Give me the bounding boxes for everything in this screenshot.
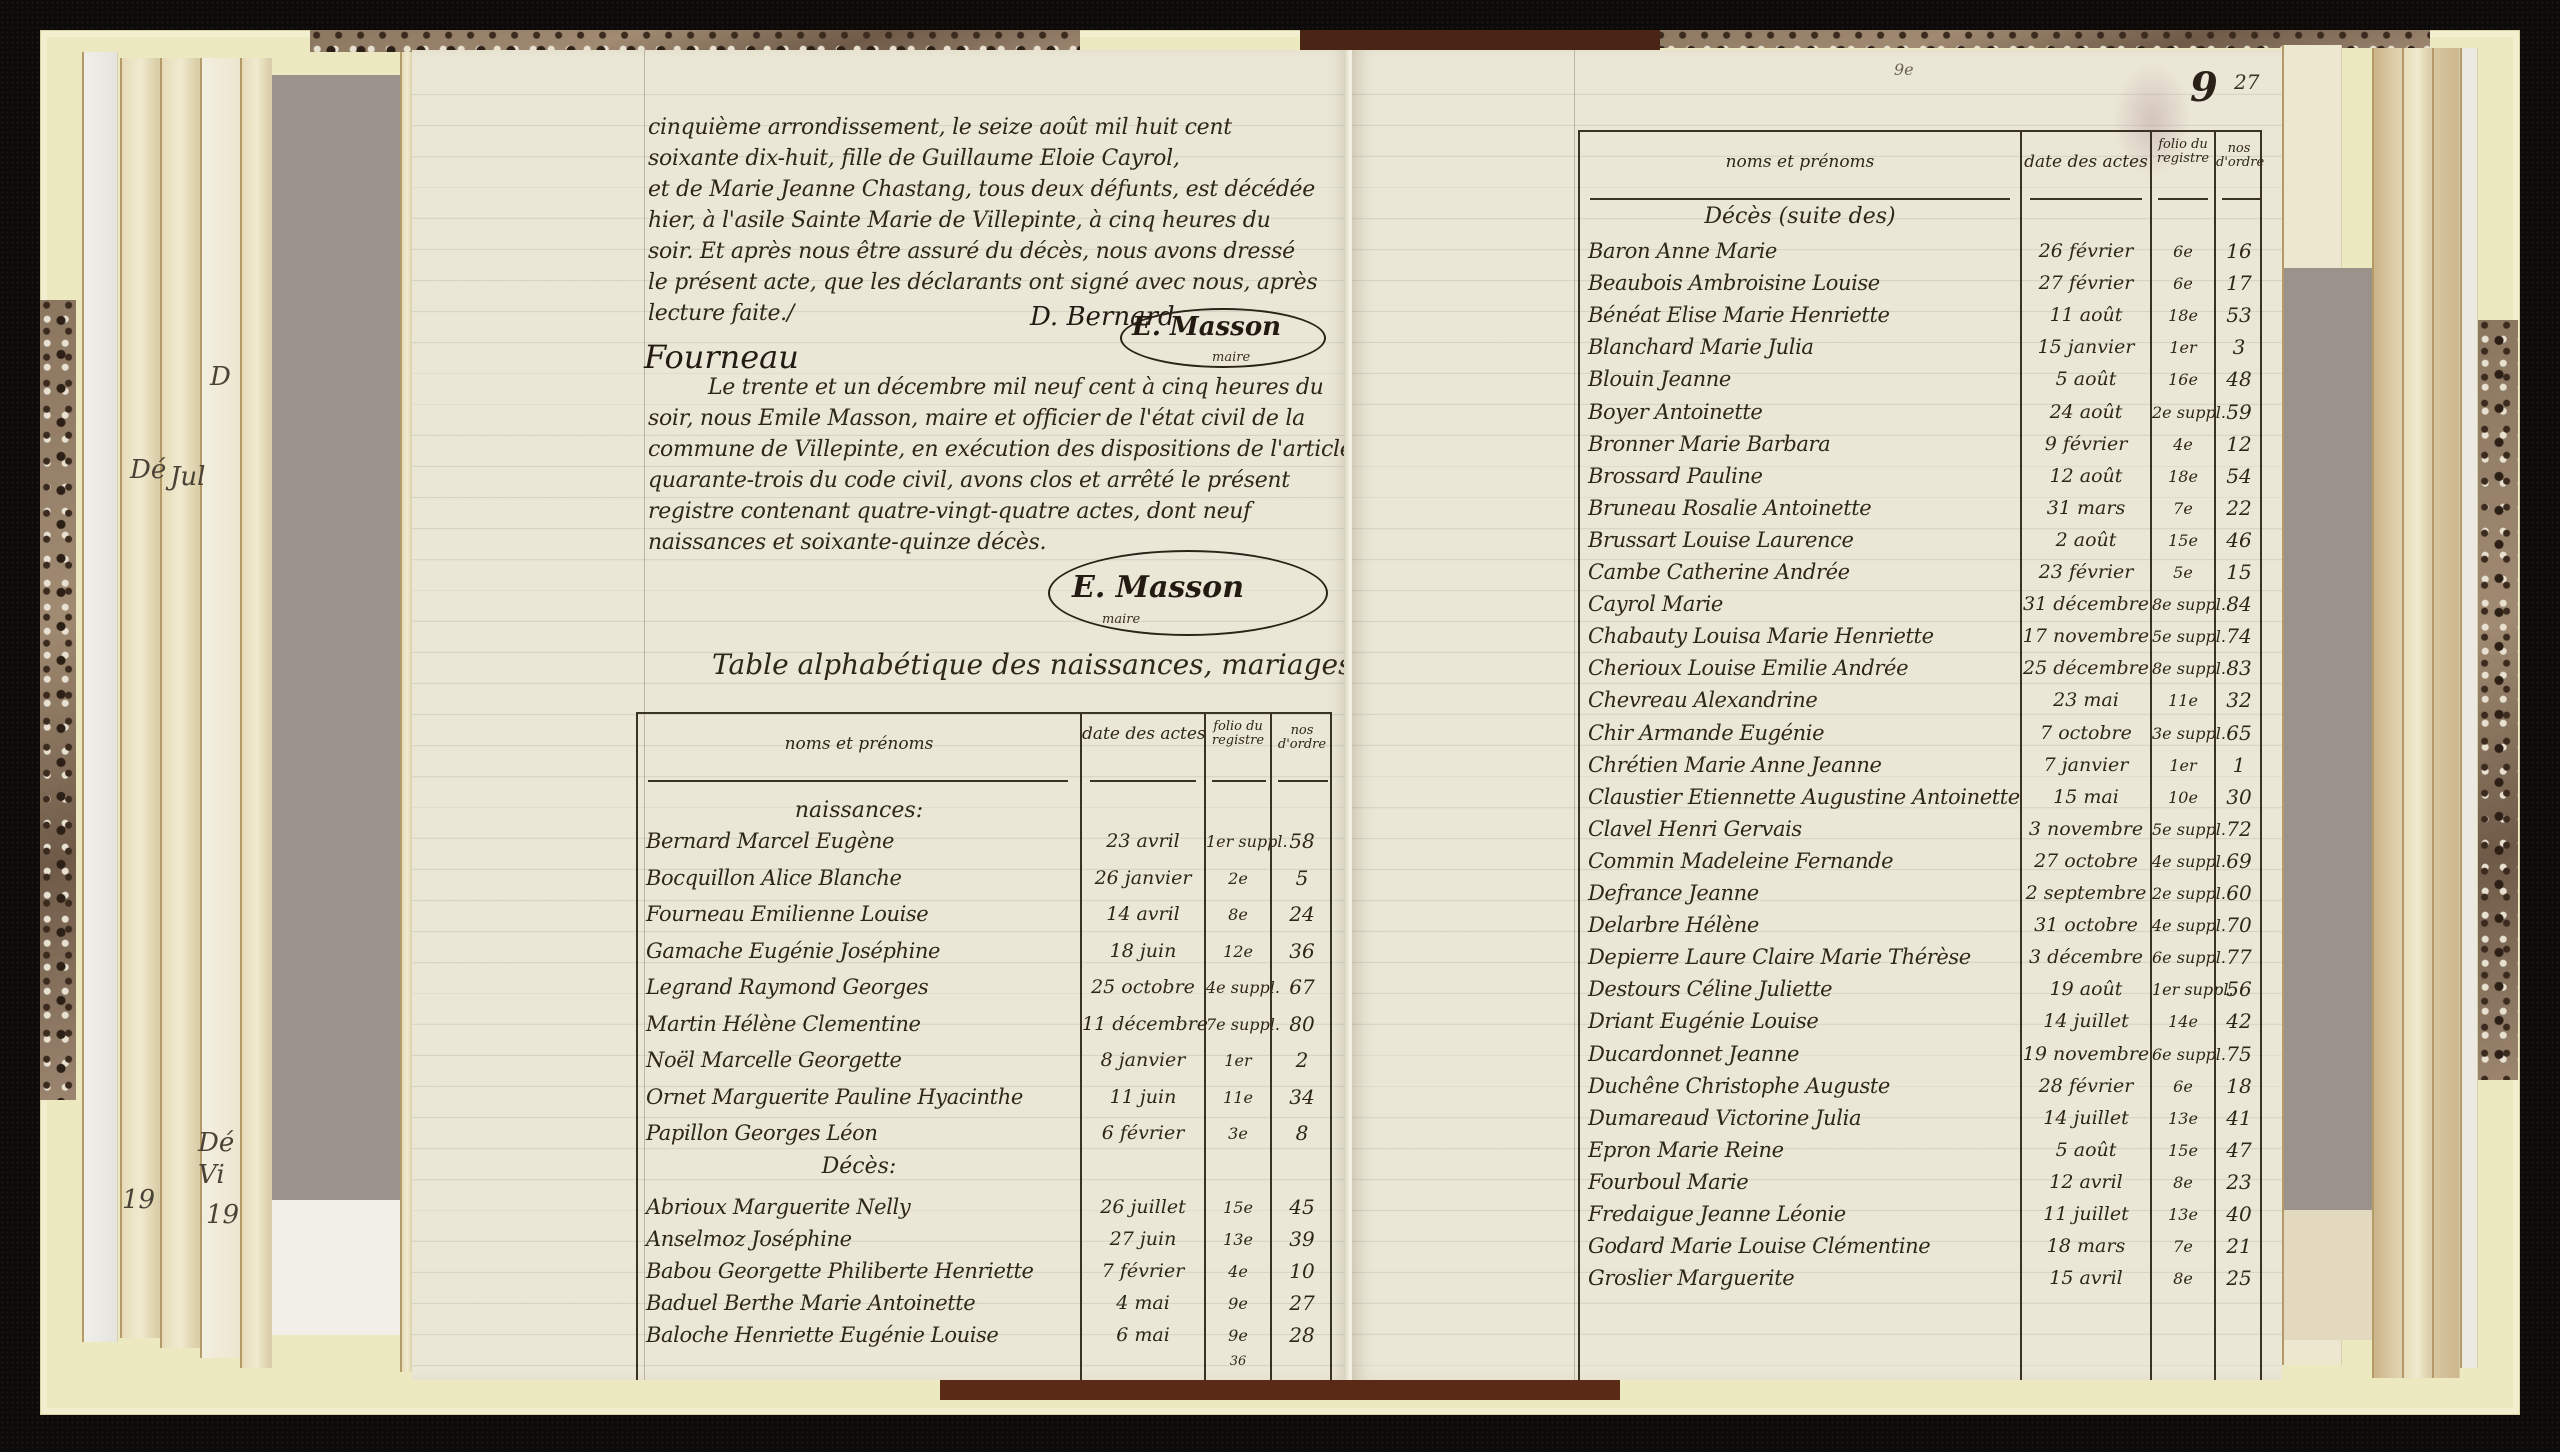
entry-date: 14 juillet <box>2022 1006 2150 1037</box>
entry-folio: 7e suppl. <box>1206 1009 1270 1040</box>
entry-folio: 18e <box>2152 300 2214 331</box>
folio-mark-secondary: 27 <box>2234 70 2259 94</box>
entry-date: 4 mai <box>1082 1288 1204 1319</box>
table-row: Babou Georgette Philiberte Henriette7 fé… <box>638 1256 1330 1287</box>
entry-order-number: 25 <box>2216 1263 2262 1294</box>
page-mark: 9e <box>1894 60 1914 79</box>
entry-name: Cherioux Louise Emilie Andrée <box>1588 653 1908 684</box>
entry-date: 18 mars <box>2022 1231 2150 1262</box>
entry-order-number: 53 <box>2216 300 2262 331</box>
entry-order-number: 72 <box>2216 814 2262 845</box>
table-row: Duchêne Christophe Auguste28 février6e18 <box>1580 1071 2260 1102</box>
entry-order-number: 65 <box>2216 718 2262 749</box>
entry-folio: 6e suppl. <box>2152 1039 2214 1070</box>
tab-label: Dé <box>130 455 166 485</box>
record-line: soixante dix-huit, fille de Guillaume El… <box>648 143 1338 174</box>
mayor-signature: E. Masson <box>1132 312 1281 342</box>
entry-name: Fourboul Marie <box>1588 1167 1748 1198</box>
entry-date: 28 février <box>2022 1071 2150 1102</box>
entry-name: Baron Anne Marie <box>1588 236 1777 267</box>
record-line: cinquième arrondissement, le seize août … <box>648 112 1338 143</box>
register-page-right: 9e 9 27 noms et prénoms date des actes f… <box>1352 50 2282 1380</box>
entry-order-number: 21 <box>2216 1231 2262 1262</box>
margin-rule <box>1574 50 1575 1380</box>
entry-folio: 8e suppl. <box>2152 589 2214 620</box>
entry-order-number: 60 <box>2216 878 2262 909</box>
table-row: Bruneau Rosalie Antoinette31 mars7e22 <box>1580 493 2260 524</box>
table-row: Chevreau Alexandrine23 mai11e32 <box>1580 685 2260 716</box>
entry-date: 19 novembre <box>2022 1039 2150 1070</box>
white-divider-card <box>2284 1210 2374 1340</box>
entry-order-number: 58 <box>1272 826 1332 857</box>
entry-date: 3 novembre <box>2022 814 2150 845</box>
entry-folio: 6e <box>2152 268 2214 299</box>
table-row: Chabauty Louisa Marie Henriette17 novemb… <box>1580 621 2260 652</box>
grey-divider-card <box>2284 268 2374 1213</box>
table-row: Chir Armande Eugénie7 octobre3e suppl.65 <box>1580 718 2260 749</box>
table-row: Cayrol Marie31 décembre8e suppl.84 <box>1580 589 2260 620</box>
entry-folio: 15e <box>2152 1135 2214 1166</box>
tab-label: 19 <box>122 1185 155 1215</box>
entry-folio: 11e <box>1206 1082 1270 1113</box>
entry-folio: 8e <box>2152 1167 2214 1198</box>
record-line: et de Marie Jeanne Chastang, tous deux d… <box>648 174 1338 205</box>
entry-name: Cayrol Marie <box>1588 589 1723 620</box>
header-order: nos d'ordre <box>2216 142 2262 170</box>
entry-date: 14 avril <box>1082 899 1204 930</box>
entry-folio: 4e suppl. <box>2152 910 2214 941</box>
stacked-page-edge <box>82 52 118 1342</box>
header-names: noms et prénoms <box>638 736 1080 753</box>
entry-date: 5 août <box>2022 364 2150 395</box>
entry-name: Brussart Louise Laurence <box>1588 525 1854 556</box>
header-rule <box>1090 780 1196 782</box>
entry-order-number: 24 <box>1272 899 1332 930</box>
table-row: Cherioux Louise Emilie Andrée25 décembre… <box>1580 653 2260 684</box>
entry-date: 25 octobre <box>1082 972 1204 1003</box>
entry-order-number: 67 <box>1272 972 1332 1003</box>
entry-name: Bruneau Rosalie Antoinette <box>1588 493 1871 524</box>
entry-order-number: 17 <box>2216 268 2262 299</box>
table-header: noms et prénoms date des actes folio du … <box>638 714 1330 780</box>
entry-date: 11 juillet <box>2022 1199 2150 1230</box>
table-row: Ornet Marguerite Pauline Hyacinthe11 jui… <box>638 1082 1330 1113</box>
record-line: hier, à l'asile Sainte Marie de Villepin… <box>648 205 1338 236</box>
entry-folio: 2e <box>1206 863 1270 894</box>
entry-folio: 4e suppl. <box>2152 846 2214 877</box>
table-row: Baloche Henriette Eugénie Louise6 mai9e2… <box>638 1320 1330 1351</box>
entry-order-number: 5 <box>1272 863 1332 894</box>
entry-folio: 1er <box>2152 332 2214 363</box>
entry-date: 9 février <box>2022 429 2150 460</box>
entry-folio: 14e <box>2152 1006 2214 1037</box>
entry-order-number: 28 <box>1272 1320 1332 1351</box>
table-row: Groslier Marguerite15 avril8e25 <box>1580 1263 2260 1294</box>
table-row: Bocquillon Alice Blanche26 janvier2e5 <box>638 863 1330 894</box>
entry-folio: 6e suppl. <box>2152 942 2214 973</box>
entry-order-number: 23 <box>2216 1167 2262 1198</box>
entry-order-number: 77 <box>2216 942 2262 973</box>
entry-name: Commin Madeleine Fernande <box>1588 846 1893 877</box>
table-row: Gamache Eugénie Joséphine18 juin12e36 <box>638 936 1330 967</box>
entry-name: Chrétien Marie Anne Jeanne <box>1588 750 1882 781</box>
entry-folio: 10e <box>2152 782 2214 813</box>
entry-folio: 2e suppl. <box>2152 878 2214 909</box>
white-divider-card <box>272 1200 400 1335</box>
entry-date: 31 octobre <box>2022 910 2150 941</box>
record-line: le présent acte, que les déclarants ont … <box>648 267 1338 298</box>
tab-label: Vi <box>198 1160 225 1190</box>
entry-date: 23 avril <box>1082 826 1204 857</box>
closing-line: soir, nous Emile Masson, maire et offici… <box>648 403 1338 434</box>
table-row: Depierre Laure Claire Marie Thérèse3 déc… <box>1580 942 2260 973</box>
entry-date: 5 août <box>2022 1135 2150 1166</box>
entry-folio: 3e suppl. <box>2152 718 2214 749</box>
table-row: Fredaigue Jeanne Léonie11 juillet13e40 <box>1580 1199 2260 1230</box>
entry-date: 24 août <box>2022 397 2150 428</box>
entry-name: Groslier Marguerite <box>1588 1263 1794 1294</box>
entry-date: 12 avril <box>2022 1167 2150 1198</box>
table-row: Bronner Marie Barbara9 février4e12 <box>1580 429 2260 460</box>
register-page-left: cinquième arrondissement, le seize août … <box>412 50 1350 1380</box>
entry-name: Chir Armande Eugénie <box>1588 718 1824 749</box>
entry-order-number: 32 <box>2216 685 2262 716</box>
closing-line: registre contenant quatre-vingt-quatre a… <box>648 496 1338 527</box>
entry-name: Ornet Marguerite Pauline Hyacinthe <box>646 1082 1023 1113</box>
marbled-cover-top <box>310 30 1080 52</box>
header-rule <box>2030 198 2142 200</box>
entry-order-number: 22 <box>2216 493 2262 524</box>
entry-order-number: 59 <box>2216 397 2262 428</box>
entry-folio: 15e <box>2152 525 2214 556</box>
entry-folio: 2e suppl. <box>2152 397 2214 428</box>
entry-date: 18 juin <box>1082 936 1204 967</box>
entry-name: Brossard Pauline <box>1588 461 1763 492</box>
entry-date: 25 décembre <box>2022 653 2150 684</box>
entry-folio: 13e <box>2152 1199 2214 1230</box>
entry-folio: 8e <box>1206 899 1270 930</box>
table-row: Papillon Georges Léon6 février3e8 <box>638 1118 1330 1149</box>
entry-date: 26 février <box>2022 236 2150 267</box>
entry-folio: 1er <box>2152 750 2214 781</box>
table-row: Bénéat Elise Marie Henriette11 août18e53 <box>1580 300 2260 331</box>
entry-order-number: 80 <box>1272 1009 1332 1040</box>
header-rule <box>1212 780 1266 782</box>
entry-order-number: 34 <box>1272 1082 1332 1113</box>
column-subtotal: 36 <box>1208 1354 1268 1369</box>
header-order: nos d'ordre <box>1272 724 1332 752</box>
entry-folio: 15e <box>1206 1192 1270 1223</box>
entry-name: Beaubois Ambroisine Louise <box>1588 268 1880 299</box>
tab-label: Jul <box>170 462 205 492</box>
entry-name: Boyer Antoinette <box>1588 397 1762 428</box>
entry-date: 2 août <box>2022 525 2150 556</box>
stacked-page-edge <box>2372 48 2402 1378</box>
entry-date: 7 octobre <box>2022 718 2150 749</box>
closing-line: commune de Villepinte, en exécution des … <box>648 434 1338 465</box>
entry-folio: 5e suppl. <box>2152 814 2214 845</box>
entry-folio: 9e <box>1206 1288 1270 1319</box>
entry-date: 7 février <box>1082 1256 1204 1287</box>
header-rule <box>1278 780 1328 782</box>
closing-statement: Le trente et un décembre mil neuf cent à… <box>648 372 1338 558</box>
entry-name: Claustier Etiennette Augustine Antoinett… <box>1588 782 2020 813</box>
table-row: Brossard Pauline12 août18e54 <box>1580 461 2260 492</box>
entry-name: Fredaigue Jeanne Léonie <box>1588 1199 1846 1230</box>
entry-order-number: 27 <box>1272 1288 1332 1319</box>
marbled-cover-left <box>40 300 76 1100</box>
entry-folio: 9e <box>1206 1320 1270 1351</box>
entry-name: Bocquillon Alice Blanche <box>646 863 902 894</box>
entry-name: Duchêne Christophe Auguste <box>1588 1071 1890 1102</box>
table-row: Cambe Catherine Andrée23 février5e15 <box>1580 557 2260 588</box>
table-row: Anselmoz Joséphine27 juin13e39 <box>638 1224 1330 1255</box>
entry-name: Noël Marcelle Georgette <box>646 1045 901 1076</box>
table-row: Epron Marie Reine5 août15e47 <box>1580 1135 2260 1166</box>
header-names: noms et prénoms <box>1580 154 2020 171</box>
table-row: Claustier Etiennette Augustine Antoinett… <box>1580 782 2260 813</box>
closing-line: quarante-trois du code civil, avons clos… <box>648 465 1338 496</box>
table-row: Legrand Raymond Georges25 octobre4e supp… <box>638 972 1330 1003</box>
table-header: noms et prénoms date des actes folio du … <box>1580 132 2260 198</box>
entry-name: Ducardonnet Jeanne <box>1588 1039 1799 1070</box>
entry-name: Depierre Laure Claire Marie Thérèse <box>1588 942 1971 973</box>
table-row: Boyer Antoinette24 août2e suppl.59 <box>1580 397 2260 428</box>
tab-label: 19 <box>206 1200 239 1230</box>
table-row: Clavel Henri Gervais3 novembre5e suppl.7… <box>1580 814 2260 845</box>
entry-name: Chabauty Louisa Marie Henriette <box>1588 621 1934 652</box>
entry-name: Blanchard Marie Julia <box>1588 332 1814 363</box>
entry-date: 15 avril <box>2022 1263 2150 1294</box>
entry-date: 12 août <box>2022 461 2150 492</box>
entry-name: Godard Marie Louise Clémentine <box>1588 1231 1930 1262</box>
entry-date: 19 août <box>2022 974 2150 1005</box>
entry-name: Cambe Catherine Andrée <box>1588 557 1850 588</box>
entry-order-number: 70 <box>2216 910 2262 941</box>
entry-order-number: 15 <box>2216 557 2262 588</box>
entry-date: 11 juin <box>1082 1082 1204 1113</box>
entry-order-number: 47 <box>2216 1135 2262 1166</box>
table-row: Delarbre Hélène31 octobre4e suppl.70 <box>1580 910 2260 941</box>
entry-order-number: 10 <box>1272 1256 1332 1287</box>
entry-order-number: 56 <box>2216 974 2262 1005</box>
mayor-signature: E. Masson <box>1072 570 1244 605</box>
folio-mark: 9 <box>2190 64 2218 111</box>
alphabetical-table-right: noms et prénoms date des actes folio du … <box>1578 130 2262 1380</box>
header-rule <box>648 780 1068 782</box>
table-row: Baduel Berthe Marie Antoinette4 mai9e27 <box>638 1288 1330 1319</box>
entry-date: 2 septembre <box>2022 878 2150 909</box>
entry-date: 23 février <box>2022 557 2150 588</box>
entry-folio: 6e <box>2152 1071 2214 1102</box>
entry-order-number: 30 <box>2216 782 2262 813</box>
entry-order-number: 74 <box>2216 621 2262 652</box>
table-row: Blanchard Marie Julia15 janvier1er3 <box>1580 332 2260 363</box>
entry-date: 11 août <box>2022 300 2150 331</box>
stacked-page-edge <box>120 58 160 1338</box>
entry-order-number: 45 <box>1272 1192 1332 1223</box>
entry-name: Clavel Henri Gervais <box>1588 814 1802 845</box>
entry-name: Driant Eugénie Louise <box>1588 1006 1818 1037</box>
entry-order-number: 75 <box>2216 1039 2262 1070</box>
stacked-page-edge <box>160 58 200 1348</box>
entry-folio: 1er suppl. <box>2152 974 2214 1005</box>
table-row: Driant Eugénie Louise14 juillet14e42 <box>1580 1006 2260 1037</box>
tab-label: D <box>210 362 231 392</box>
entry-name: Destours Céline Juliette <box>1588 974 1832 1005</box>
entry-folio: 4e suppl. <box>1206 972 1270 1003</box>
header-date: date des actes <box>1082 726 1204 743</box>
entry-folio: 8e suppl. <box>2152 653 2214 684</box>
entry-date: 15 janvier <box>2022 332 2150 363</box>
entry-order-number: 8 <box>1272 1118 1332 1149</box>
table-row: Fourboul Marie12 avril8e23 <box>1580 1167 2260 1198</box>
entry-folio: 12e <box>1206 936 1270 967</box>
entry-order-number: 48 <box>2216 364 2262 395</box>
entry-order-number: 54 <box>2216 461 2262 492</box>
tab-label: Dé <box>198 1128 234 1158</box>
table-row: Defrance Jeanne2 septembre2e suppl.60 <box>1580 878 2260 909</box>
alphabetical-table-left: noms et prénoms date des actes folio du … <box>636 712 1332 1380</box>
table-row: Noël Marcelle Georgette8 janvier1er2 <box>638 1045 1330 1076</box>
entry-name: Defrance Jeanne <box>1588 878 1759 909</box>
entry-date: 6 mai <box>1082 1320 1204 1351</box>
entry-order-number: 39 <box>1272 1224 1332 1255</box>
entry-date: 14 juillet <box>2022 1103 2150 1134</box>
table-row: Destours Céline Juliette19 août1er suppl… <box>1580 974 2260 1005</box>
entry-order-number: 12 <box>2216 429 2262 460</box>
table-row: Beaubois Ambroisine Louise27 février6e17 <box>1580 268 2260 299</box>
header-date: date des actes <box>2022 154 2150 171</box>
stacked-page-edge <box>240 58 272 1368</box>
stacked-page-edge <box>2460 48 2478 1368</box>
table-row: Martin Hélène Clementine11 décembre7e su… <box>638 1009 1330 1040</box>
entry-name: Gamache Eugénie Joséphine <box>646 936 940 967</box>
entry-folio: 5e <box>2152 557 2214 588</box>
header-rule <box>2222 198 2260 200</box>
table-row: Ducardonnet Jeanne19 novembre6e suppl.75 <box>1580 1039 2260 1070</box>
entry-name: Fourneau Emilienne Louise <box>646 899 928 930</box>
binding-spine-top <box>1300 30 1660 50</box>
entry-folio: 3e <box>1206 1118 1270 1149</box>
entry-folio: 4e <box>1206 1256 1270 1287</box>
entry-name: Baloche Henriette Eugénie Louise <box>646 1320 998 1351</box>
entry-name: Bernard Marcel Eugène <box>646 826 894 857</box>
entry-order-number: 18 <box>2216 1071 2262 1102</box>
entry-order-number: 36 <box>1272 936 1332 967</box>
entry-date: 27 février <box>2022 268 2150 299</box>
entry-order-number: 41 <box>2216 1103 2262 1134</box>
entry-folio: 8e <box>2152 1263 2214 1294</box>
entry-name: Blouin Jeanne <box>1588 364 1731 395</box>
entry-name: Chevreau Alexandrine <box>1588 685 1817 716</box>
table-row: Baron Anne Marie26 février6e16 <box>1580 236 2260 267</box>
entry-name: Baduel Berthe Marie Antoinette <box>646 1288 975 1319</box>
marbled-cover-right <box>2478 320 2518 1080</box>
mayor-title: maire <box>1102 612 1140 627</box>
table-row: Chrétien Marie Anne Jeanne7 janvier1er1 <box>1580 750 2260 781</box>
table-row: Fourneau Emilienne Louise14 avril8e24 <box>638 899 1330 930</box>
entry-date: 11 décembre <box>1082 1009 1204 1040</box>
entry-order-number: 69 <box>2216 846 2262 877</box>
stacked-page-edge <box>2432 48 2460 1378</box>
entry-order-number: 83 <box>2216 653 2262 684</box>
header-folio: folio du registre <box>1206 720 1270 748</box>
entry-folio: 7e <box>2152 1231 2214 1262</box>
entry-order-number: 40 <box>2216 1199 2262 1230</box>
entry-date: 27 octobre <box>2022 846 2150 877</box>
entry-date: 17 novembre <box>2022 621 2150 652</box>
margin-signature: Fourneau <box>644 338 799 376</box>
entry-folio: 1er suppl. <box>1206 826 1270 857</box>
entry-date: 26 juillet <box>1082 1192 1204 1223</box>
header-rule <box>1590 198 2010 200</box>
entry-name: Babou Georgette Philiberte Henriette <box>646 1256 1034 1287</box>
table-row: Brussart Louise Laurence2 août15e46 <box>1580 525 2260 556</box>
entry-folio: 18e <box>2152 461 2214 492</box>
header-folio: folio du registre <box>2152 138 2214 166</box>
binding-spine-bottom <box>940 1378 1620 1400</box>
grey-divider-card <box>272 75 400 1203</box>
entry-date: 23 mai <box>2022 685 2150 716</box>
entry-date: 8 janvier <box>1082 1045 1204 1076</box>
mayor-title: maire <box>1212 350 1250 365</box>
entry-order-number: 84 <box>2216 589 2262 620</box>
entry-date: 26 janvier <box>1082 863 1204 894</box>
entry-name: Anselmoz Joséphine <box>646 1224 852 1255</box>
section-births: naissances: <box>638 798 1080 823</box>
table-row: Dumareaud Victorine Julia14 juillet13e41 <box>1580 1103 2260 1134</box>
entry-name: Martin Hélène Clementine <box>646 1009 921 1040</box>
closing-line: Le trente et un décembre mil neuf cent à… <box>648 372 1338 403</box>
entry-name: Dumareaud Victorine Julia <box>1588 1103 1861 1134</box>
entry-folio: 13e <box>2152 1103 2214 1134</box>
entry-folio: 1er <box>1206 1045 1270 1076</box>
entry-order-number: 16 <box>2216 236 2262 267</box>
entry-date: 15 mai <box>2022 782 2150 813</box>
entry-folio: 5e suppl. <box>2152 621 2214 652</box>
entry-date: 6 février <box>1082 1118 1204 1149</box>
table-row: Abrioux Marguerite Nelly26 juillet15e45 <box>638 1192 1330 1223</box>
entry-name: Bénéat Elise Marie Henriette <box>1588 300 1890 331</box>
header-rule <box>2158 198 2208 200</box>
entry-order-number: 3 <box>2216 332 2262 363</box>
entry-name: Papillon Georges Léon <box>646 1118 878 1149</box>
death-record-text: cinquième arrondissement, le seize août … <box>648 112 1338 329</box>
section-deaths: Décès: <box>638 1154 1080 1179</box>
entry-order-number: 1 <box>2216 750 2262 781</box>
entry-folio: 4e <box>2152 429 2214 460</box>
entry-order-number: 2 <box>1272 1045 1332 1076</box>
table-row: Commin Madeleine Fernande27 octobre4e su… <box>1580 846 2260 877</box>
entry-date: 7 janvier <box>2022 750 2150 781</box>
table-row: Blouin Jeanne5 août16e48 <box>1580 364 2260 395</box>
entry-date: 27 juin <box>1082 1224 1204 1255</box>
entry-folio: 7e <box>2152 493 2214 524</box>
stacked-page-edge <box>2402 48 2432 1378</box>
entry-name: Abrioux Marguerite Nelly <box>646 1192 910 1223</box>
entry-date: 31 décembre <box>2022 589 2150 620</box>
entry-name: Epron Marie Reine <box>1588 1135 1784 1166</box>
section-deaths-continued: Décès (suite des) <box>1580 204 2020 229</box>
table-row: Godard Marie Louise Clémentine18 mars7e2… <box>1580 1231 2260 1262</box>
entry-order-number: 46 <box>2216 525 2262 556</box>
entry-name: Bronner Marie Barbara <box>1588 429 1830 460</box>
entry-name: Delarbre Hélène <box>1588 910 1759 941</box>
entry-name: Legrand Raymond Georges <box>646 972 928 1003</box>
entry-folio: 11e <box>2152 685 2214 716</box>
entry-folio: 13e <box>1206 1224 1270 1255</box>
